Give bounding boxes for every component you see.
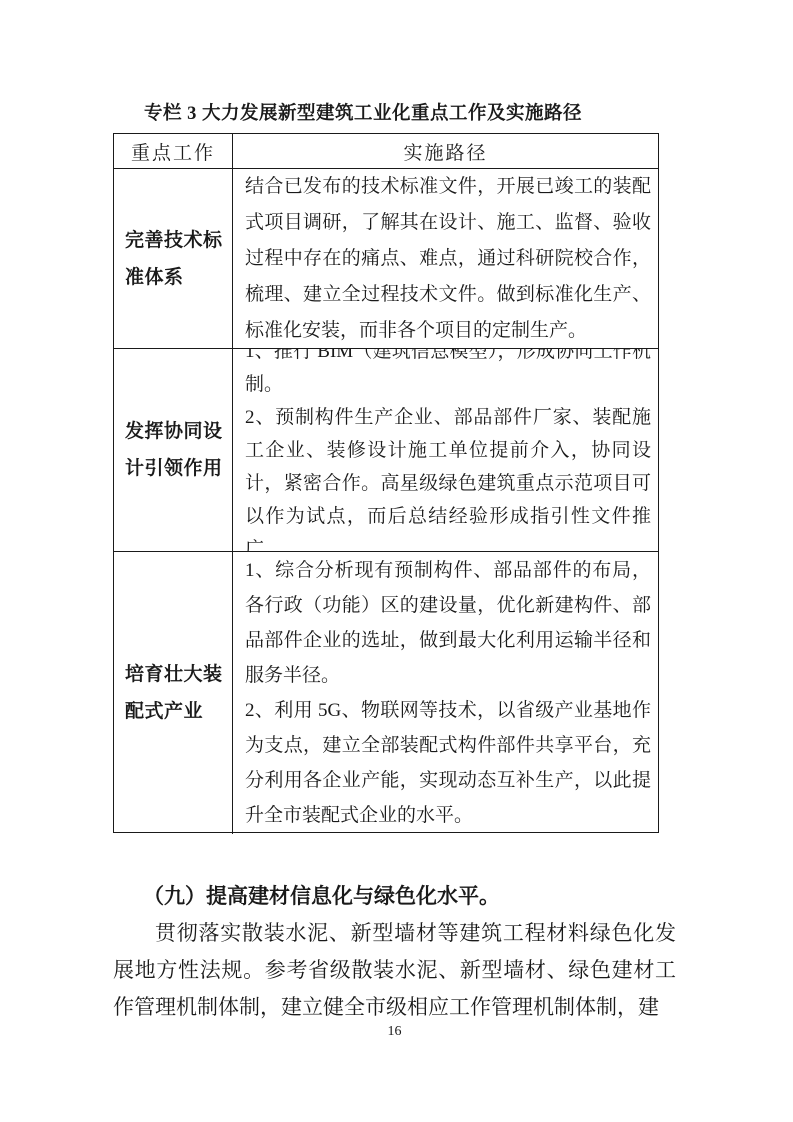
- path-paragraph: 2、预制构件生产企业、部品部件厂家、装配施工企业、装修设计施工单位提前介入，协同…: [245, 401, 651, 553]
- table-header-path: 实施路径: [233, 134, 658, 169]
- table-row-3-work-cell: 培育壮大装配式产业: [114, 552, 233, 834]
- panel-title: 专栏 3 大力发展新型建筑工业化重点工作及实施路径: [113, 99, 613, 125]
- body-paragraph: 贯彻落实散装水泥、新型墙材等建筑工程材料绿色化发展地方性法规。参考省级散装水泥、…: [113, 915, 676, 1026]
- path-paragraph: 结合已发布的技术标准文件，开展已竣工的装配式项目调研，了解其在设计、施工、监督、…: [245, 169, 651, 349]
- path-paragraph: 1、推行 BIM（建筑信息模型），形成协同工作机制。: [245, 349, 651, 401]
- table-row-1-path-cell: 结合已发布的技术标准文件，开展已竣工的装配式项目调研，了解其在设计、施工、监督、…: [233, 169, 658, 349]
- table-row-1-work-cell: 完善技术标准体系: [114, 169, 233, 349]
- path-paragraph: 2、利用 5G、物联网等技术，以省级产业基地作为支点，建立全部装配式构件部件共享…: [245, 693, 651, 833]
- path-paragraph: 1、综合分析现有预制构件、部品部件的布局，各行政（功能）区的建设量，优化新建构件…: [245, 553, 651, 693]
- key-work-table: 重点工作 实施路径 完善技术标准体系 结合已发布的技术标准文件，开展已竣工的装配…: [113, 133, 659, 833]
- table-header-work: 重点工作: [114, 134, 233, 169]
- page-number: 16: [113, 1024, 676, 1040]
- document-page: 专栏 3 大力发展新型建筑工业化重点工作及实施路径 重点工作 实施路径 完善技术…: [0, 0, 793, 1122]
- table-row-3-path-cell: 1、综合分析现有预制构件、部品部件的布局，各行政（功能）区的建设量，优化新建构件…: [233, 552, 658, 834]
- section-heading: （九）提高建材信息化与绿色化水平。: [113, 878, 676, 915]
- table-row-2-work-cell: 发挥协同设计引领作用: [114, 349, 233, 552]
- table-row-2-path-cell: 1、推行 BIM（建筑信息模型），形成协同工作机制。 2、预制构件生产企业、部品…: [233, 349, 658, 552]
